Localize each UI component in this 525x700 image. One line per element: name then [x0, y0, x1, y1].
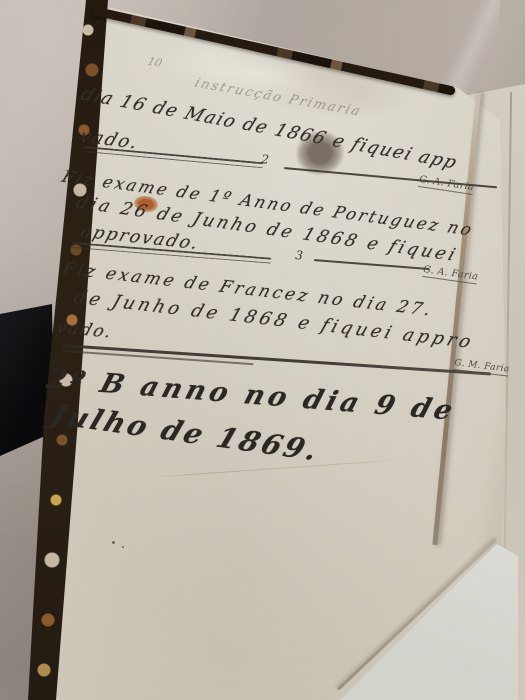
ink-speck	[122, 546, 124, 548]
photo-scene: 10 instrucção Primaria dia 16 de Maio de…	[0, 0, 525, 700]
section-number-2: 2	[261, 152, 270, 167]
ink-speck	[112, 541, 115, 544]
section-number-3: 3	[295, 248, 304, 263]
